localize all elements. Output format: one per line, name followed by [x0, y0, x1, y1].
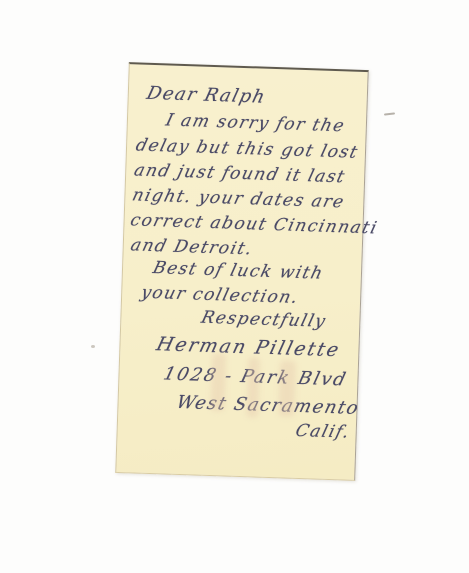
closing: Respectfully [199, 308, 328, 332]
body-line-4: night. your dates are [130, 185, 347, 212]
body-line-8: your collection. [139, 283, 301, 308]
body-line-1: I am sorry for the [164, 110, 348, 136]
body-line-7: Best of luck with [151, 258, 326, 283]
tape-smudge [246, 357, 260, 417]
tape-smudge [210, 353, 226, 411]
postcard: Dear Ralph I am sorry for the delay but … [115, 62, 368, 481]
scan-background: Dear Ralph I am sorry for the delay but … [0, 0, 469, 573]
scan-speck [384, 112, 395, 115]
body-line-6: and Detroit. [128, 235, 255, 259]
tape-smudge [278, 360, 296, 416]
body-line-3: and just found it last [132, 160, 348, 187]
body-line-2: delay but this got lost [134, 136, 361, 163]
address-line-3: Calif. [293, 421, 352, 443]
scan-speck [91, 345, 95, 348]
salutation: Dear Ralph [145, 83, 269, 108]
signature: Herman Pillette [154, 333, 343, 361]
body-line-5: correct about Cincinnati [128, 210, 380, 238]
address-line-2: West Sacramento [174, 392, 361, 419]
